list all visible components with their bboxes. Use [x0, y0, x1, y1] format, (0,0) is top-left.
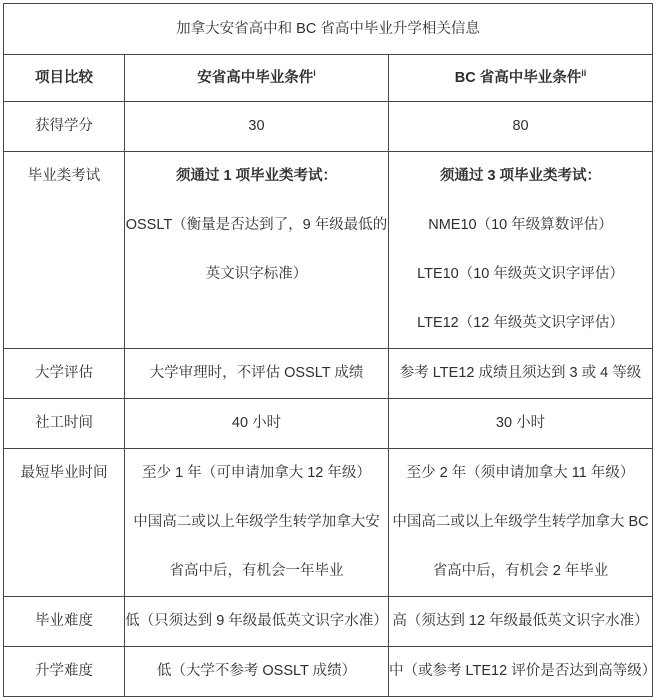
row-label: 大学评估	[4, 349, 125, 399]
table-row: 社工时间40 小时30 小时	[4, 399, 653, 449]
cell-ontario: 30	[125, 102, 389, 152]
row-label: 最短毕业时间	[4, 449, 125, 597]
cell-line: 参考 LTE12 成绩且须达到 3 或 4 等级	[389, 349, 652, 398]
cell-line: 英文识字标准）	[125, 250, 388, 299]
cell-line: 大学审理时，不评估 OSSLT 成绩	[125, 349, 388, 398]
column-header-bc: BC 省高中毕业条件ii	[389, 55, 653, 102]
table-row: 毕业难度低（只须达到 9 年级最低英文识字水准）高（须达到 12 年级最低英文识…	[4, 597, 653, 647]
row-label: 毕业类考试	[4, 152, 125, 349]
footnote-marker: i	[313, 68, 316, 78]
cell-line: 80	[389, 102, 652, 151]
row-label: 社工时间	[4, 399, 125, 449]
comparison-table: 加拿大安省高中和 BC 省高中毕业升学相关信息 项目比较 安省高中毕业条件i B…	[3, 3, 653, 697]
cell-line: 须通过 3 项毕业类考试：	[389, 152, 652, 201]
footnote-marker: ii	[581, 68, 586, 78]
row-label-text: 最短毕业时间	[4, 449, 124, 498]
row-label-text: 社工时间	[4, 399, 124, 448]
table-body: 获得学分3080毕业类考试须通过 1 项毕业类考试：OSSLT（衡量是否达到了，…	[4, 102, 653, 697]
cell-ontario: 大学审理时，不评估 OSSLT 成绩	[125, 349, 389, 399]
cell-line: LTE12（12 年级英文识字评估）	[389, 299, 652, 348]
cell-bc: 中（或参考 LTE12 评价是否达到高等级）	[389, 647, 653, 697]
row-label: 获得学分	[4, 102, 125, 152]
header-row: 项目比较 安省高中毕业条件i BC 省高中毕业条件ii	[4, 55, 653, 102]
cell-ontario: 低（只须达到 9 年级最低英文识字水准）	[125, 597, 389, 647]
cell-line: 至少 1 年（可申请加拿大 12 年级）	[125, 449, 388, 498]
column-header-label: 项目比较	[35, 70, 93, 86]
row-label-text: 毕业难度	[4, 597, 124, 646]
cell-bc: 高（须达到 12 年级最低英文识字水准）	[389, 597, 653, 647]
table-row: 获得学分3080	[4, 102, 653, 152]
cell-ontario: 须通过 1 项毕业类考试：OSSLT（衡量是否达到了，9 年级最低的英文识字标准…	[125, 152, 389, 349]
cell-line: 高（须达到 12 年级最低英文识字水准）	[389, 597, 652, 646]
row-label-text: 毕业类考试	[4, 152, 124, 201]
cell-line: 低（大学不参考 OSSLT 成绩）	[125, 647, 388, 696]
cell-line: 省高中后，有机会 2 年毕业	[389, 547, 652, 596]
cell-line: 30 小时	[389, 399, 652, 448]
row-label-text: 升学难度	[4, 647, 124, 696]
column-header-compare-item: 项目比较	[4, 55, 125, 102]
cell-ontario: 低（大学不参考 OSSLT 成绩）	[125, 647, 389, 697]
cell-bc: 参考 LTE12 成绩且须达到 3 或 4 等级	[389, 349, 653, 399]
table-title: 加拿大安省高中和 BC 省高中毕业升学相关信息	[4, 4, 653, 55]
cell-line: 30	[125, 102, 388, 151]
row-label-text: 获得学分	[4, 102, 124, 151]
cell-line: 至少 2 年（须申请加拿大 11 年级）	[389, 449, 652, 498]
row-label: 升学难度	[4, 647, 125, 697]
title-row: 加拿大安省高中和 BC 省高中毕业升学相关信息	[4, 4, 653, 55]
row-label: 毕业难度	[4, 597, 125, 647]
cell-line: NME10（10 年级算数评估）	[389, 201, 652, 250]
cell-line: 中（或参考 LTE12 评价是否达到高等级）	[389, 647, 652, 696]
column-header-ontario: 安省高中毕业条件i	[125, 55, 389, 102]
column-header-label: 安省高中毕业条件	[197, 70, 313, 86]
cell-line: 省高中后，有机会一年毕业	[125, 547, 388, 596]
cell-line: 中国高二或以上年级学生转学加拿大安	[125, 498, 388, 547]
cell-line: 须通过 1 项毕业类考试：	[125, 152, 388, 201]
table-row: 升学难度低（大学不参考 OSSLT 成绩）中（或参考 LTE12 评价是否达到高…	[4, 647, 653, 697]
cell-bc: 80	[389, 102, 653, 152]
table-row: 最短毕业时间至少 1 年（可申请加拿大 12 年级）中国高二或以上年级学生转学加…	[4, 449, 653, 597]
cell-bc: 30 小时	[389, 399, 653, 449]
table-row: 大学评估大学审理时，不评估 OSSLT 成绩参考 LTE12 成绩且须达到 3 …	[4, 349, 653, 399]
row-label-text: 大学评估	[4, 349, 124, 398]
cell-bc: 至少 2 年（须申请加拿大 11 年级）中国高二或以上年级学生转学加拿大 BC省…	[389, 449, 653, 597]
table-row: 毕业类考试须通过 1 项毕业类考试：OSSLT（衡量是否达到了，9 年级最低的英…	[4, 152, 653, 349]
cell-ontario: 40 小时	[125, 399, 389, 449]
cell-ontario: 至少 1 年（可申请加拿大 12 年级）中国高二或以上年级学生转学加拿大安省高中…	[125, 449, 389, 597]
cell-line: LTE10（10 年级英文识字评估）	[389, 250, 652, 299]
cell-line: 中国高二或以上年级学生转学加拿大 BC	[389, 498, 652, 547]
cell-line: 低（只须达到 9 年级最低英文识字水准）	[125, 597, 388, 646]
cell-line: 40 小时	[125, 399, 388, 448]
column-header-label: BC 省高中毕业条件	[455, 70, 581, 86]
cell-bc: 须通过 3 项毕业类考试：NME10（10 年级算数评估）LTE10（10 年级…	[389, 152, 653, 349]
cell-line: OSSLT（衡量是否达到了，9 年级最低的	[125, 201, 388, 250]
document-page: 加拿大安省高中和 BC 省高中毕业升学相关信息 项目比较 安省高中毕业条件i B…	[0, 0, 655, 691]
